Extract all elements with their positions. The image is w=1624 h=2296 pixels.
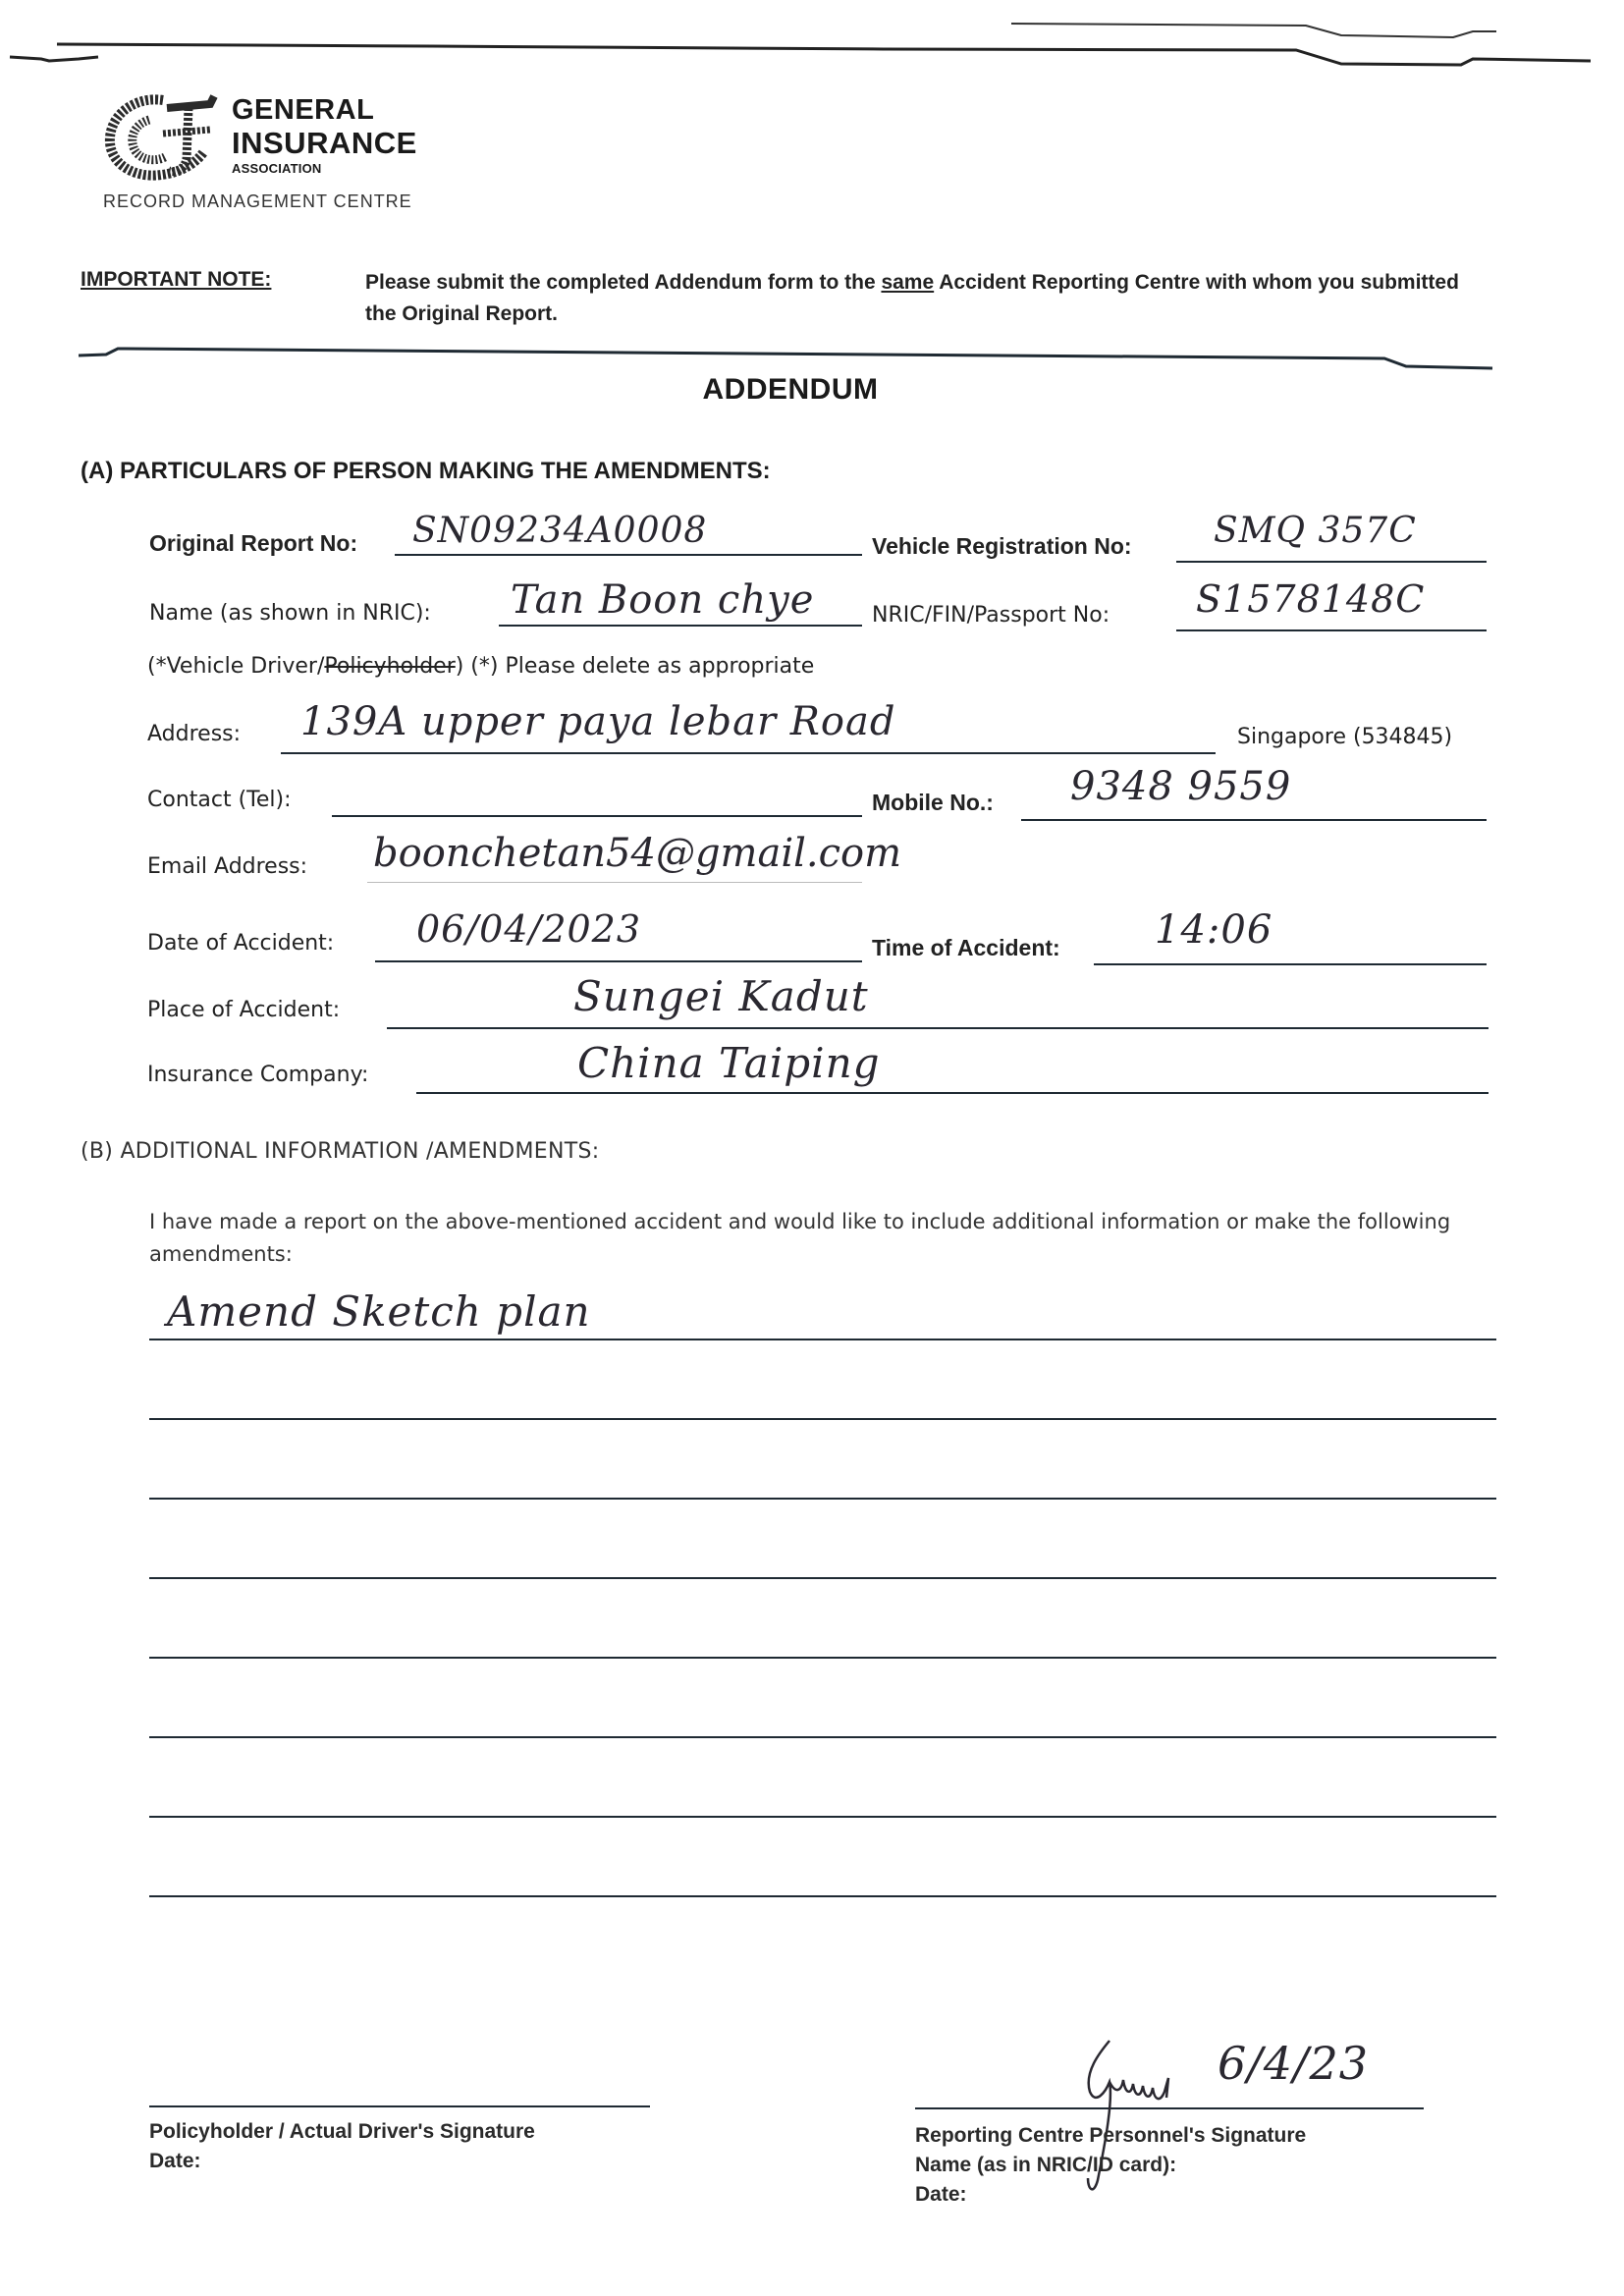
form-title: ADDENDUM <box>0 373 1581 407</box>
role-note: (*Vehicle Driver/Policyholder) (*) Pleas… <box>147 654 814 679</box>
email-field[interactable] <box>367 847 862 883</box>
gia-logo-mark-icon <box>102 90 228 185</box>
note-emphasis: same <box>881 271 934 294</box>
vehicle-reg-value: SMQ 357C <box>1214 511 1417 551</box>
place-of-accident-label: Place of Accident: <box>147 998 340 1022</box>
important-note-label: IMPORTANT NOTE: <box>81 268 271 292</box>
amendment-line[interactable] <box>149 1498 1496 1500</box>
important-note-text: Please submit the completed Addendum for… <box>365 267 1494 330</box>
note-text-part: Please submit the completed Addendum for… <box>365 271 881 294</box>
time-of-accident-value: 14:06 <box>1155 907 1272 953</box>
amendment-line[interactable] <box>149 1736 1496 1738</box>
address-label: Address: <box>147 722 241 746</box>
mobile-label: Mobile No.: <box>872 790 994 816</box>
policyholder-signature-label: Policyholder / Actual Driver's Signature <box>149 2117 535 2147</box>
amendment-line[interactable] <box>149 1339 1496 1340</box>
contact-tel-label: Contact (Tel): <box>147 788 292 812</box>
insurance-company-label: Insurance Company: <box>147 1063 368 1087</box>
name-value: Tan Boon chye <box>511 577 814 623</box>
contact-tel-field[interactable] <box>332 782 862 817</box>
name-label: Name (as shown in NRIC): <box>149 601 431 626</box>
logo-subtitle: RECORD MANAGEMENT CENTRE <box>103 191 412 212</box>
time-of-accident-label: Time of Accident: <box>872 935 1060 961</box>
amendment-line[interactable] <box>149 1577 1496 1579</box>
role-option-driver: Vehicle Driver <box>167 654 317 679</box>
place-of-accident-value: Sungei Kadut <box>573 972 869 1020</box>
logo-line-general: GENERAL <box>232 96 417 125</box>
amendment-line[interactable] <box>149 1895 1496 1897</box>
original-report-value: SN09234A0008 <box>412 511 707 551</box>
personnel-date-label: Date: <box>915 2180 967 2210</box>
original-report-label: Original Report No: <box>149 530 357 557</box>
scan-border-lines <box>0 0 1624 88</box>
nric-label: NRIC/FIN/Passport No: <box>872 603 1110 628</box>
amendment-text: Amend Sketch plan <box>167 1287 591 1336</box>
amendment-line[interactable] <box>149 1816 1496 1818</box>
section-b-intro: I have made a report on the above-mentio… <box>149 1206 1504 1271</box>
insurance-company-value: China Taiping <box>577 1039 881 1087</box>
role-note-suffix: ) (*) Please delete as appropriate <box>456 654 815 679</box>
mobile-value: 9348 9559 <box>1070 764 1291 809</box>
role-note-prefix: (* <box>147 654 167 679</box>
date-of-accident-value: 06/04/2023 <box>416 907 641 951</box>
policyholder-signature-line[interactable] <box>149 2105 650 2107</box>
section-b-heading: (B) ADDITIONAL INFORMATION /AMENDMENTS: <box>81 1139 600 1164</box>
email-label: Email Address: <box>147 854 307 879</box>
logo-line-insurance: INSURANCE <box>232 128 417 158</box>
logo-line-association: ASSOCIATION <box>232 162 417 175</box>
personnel-name-label: Name (as in NRIC/ID card): <box>915 2151 1176 2180</box>
place-of-accident-field[interactable] <box>387 992 1489 1029</box>
personnel-handwritten-date: 6/4/23 <box>1218 2037 1369 2090</box>
divider <box>79 344 1512 373</box>
role-option-policyholder-struck: Policyholder <box>324 654 455 679</box>
logo-wordmark: GENERAL INSURANCE ASSOCIATION <box>232 96 417 175</box>
nric-value: S1578148C <box>1196 577 1425 621</box>
section-a-heading: (A) PARTICULARS OF PERSON MAKING THE AME… <box>81 458 771 485</box>
time-of-accident-field[interactable] <box>1094 928 1487 965</box>
policyholder-date-label: Date: <box>149 2147 201 2176</box>
personnel-signature-label: Reporting Centre Personnel's Signature <box>915 2121 1306 2151</box>
amendment-line[interactable] <box>149 1418 1496 1420</box>
address-value: 139A upper paya lebar Road <box>300 699 895 744</box>
vehicle-reg-label: Vehicle Registration No: <box>872 533 1132 560</box>
address-suffix: Singapore (534845) <box>1237 725 1452 749</box>
date-of-accident-label: Date of Accident: <box>147 931 334 956</box>
amendment-line[interactable] <box>149 1657 1496 1659</box>
